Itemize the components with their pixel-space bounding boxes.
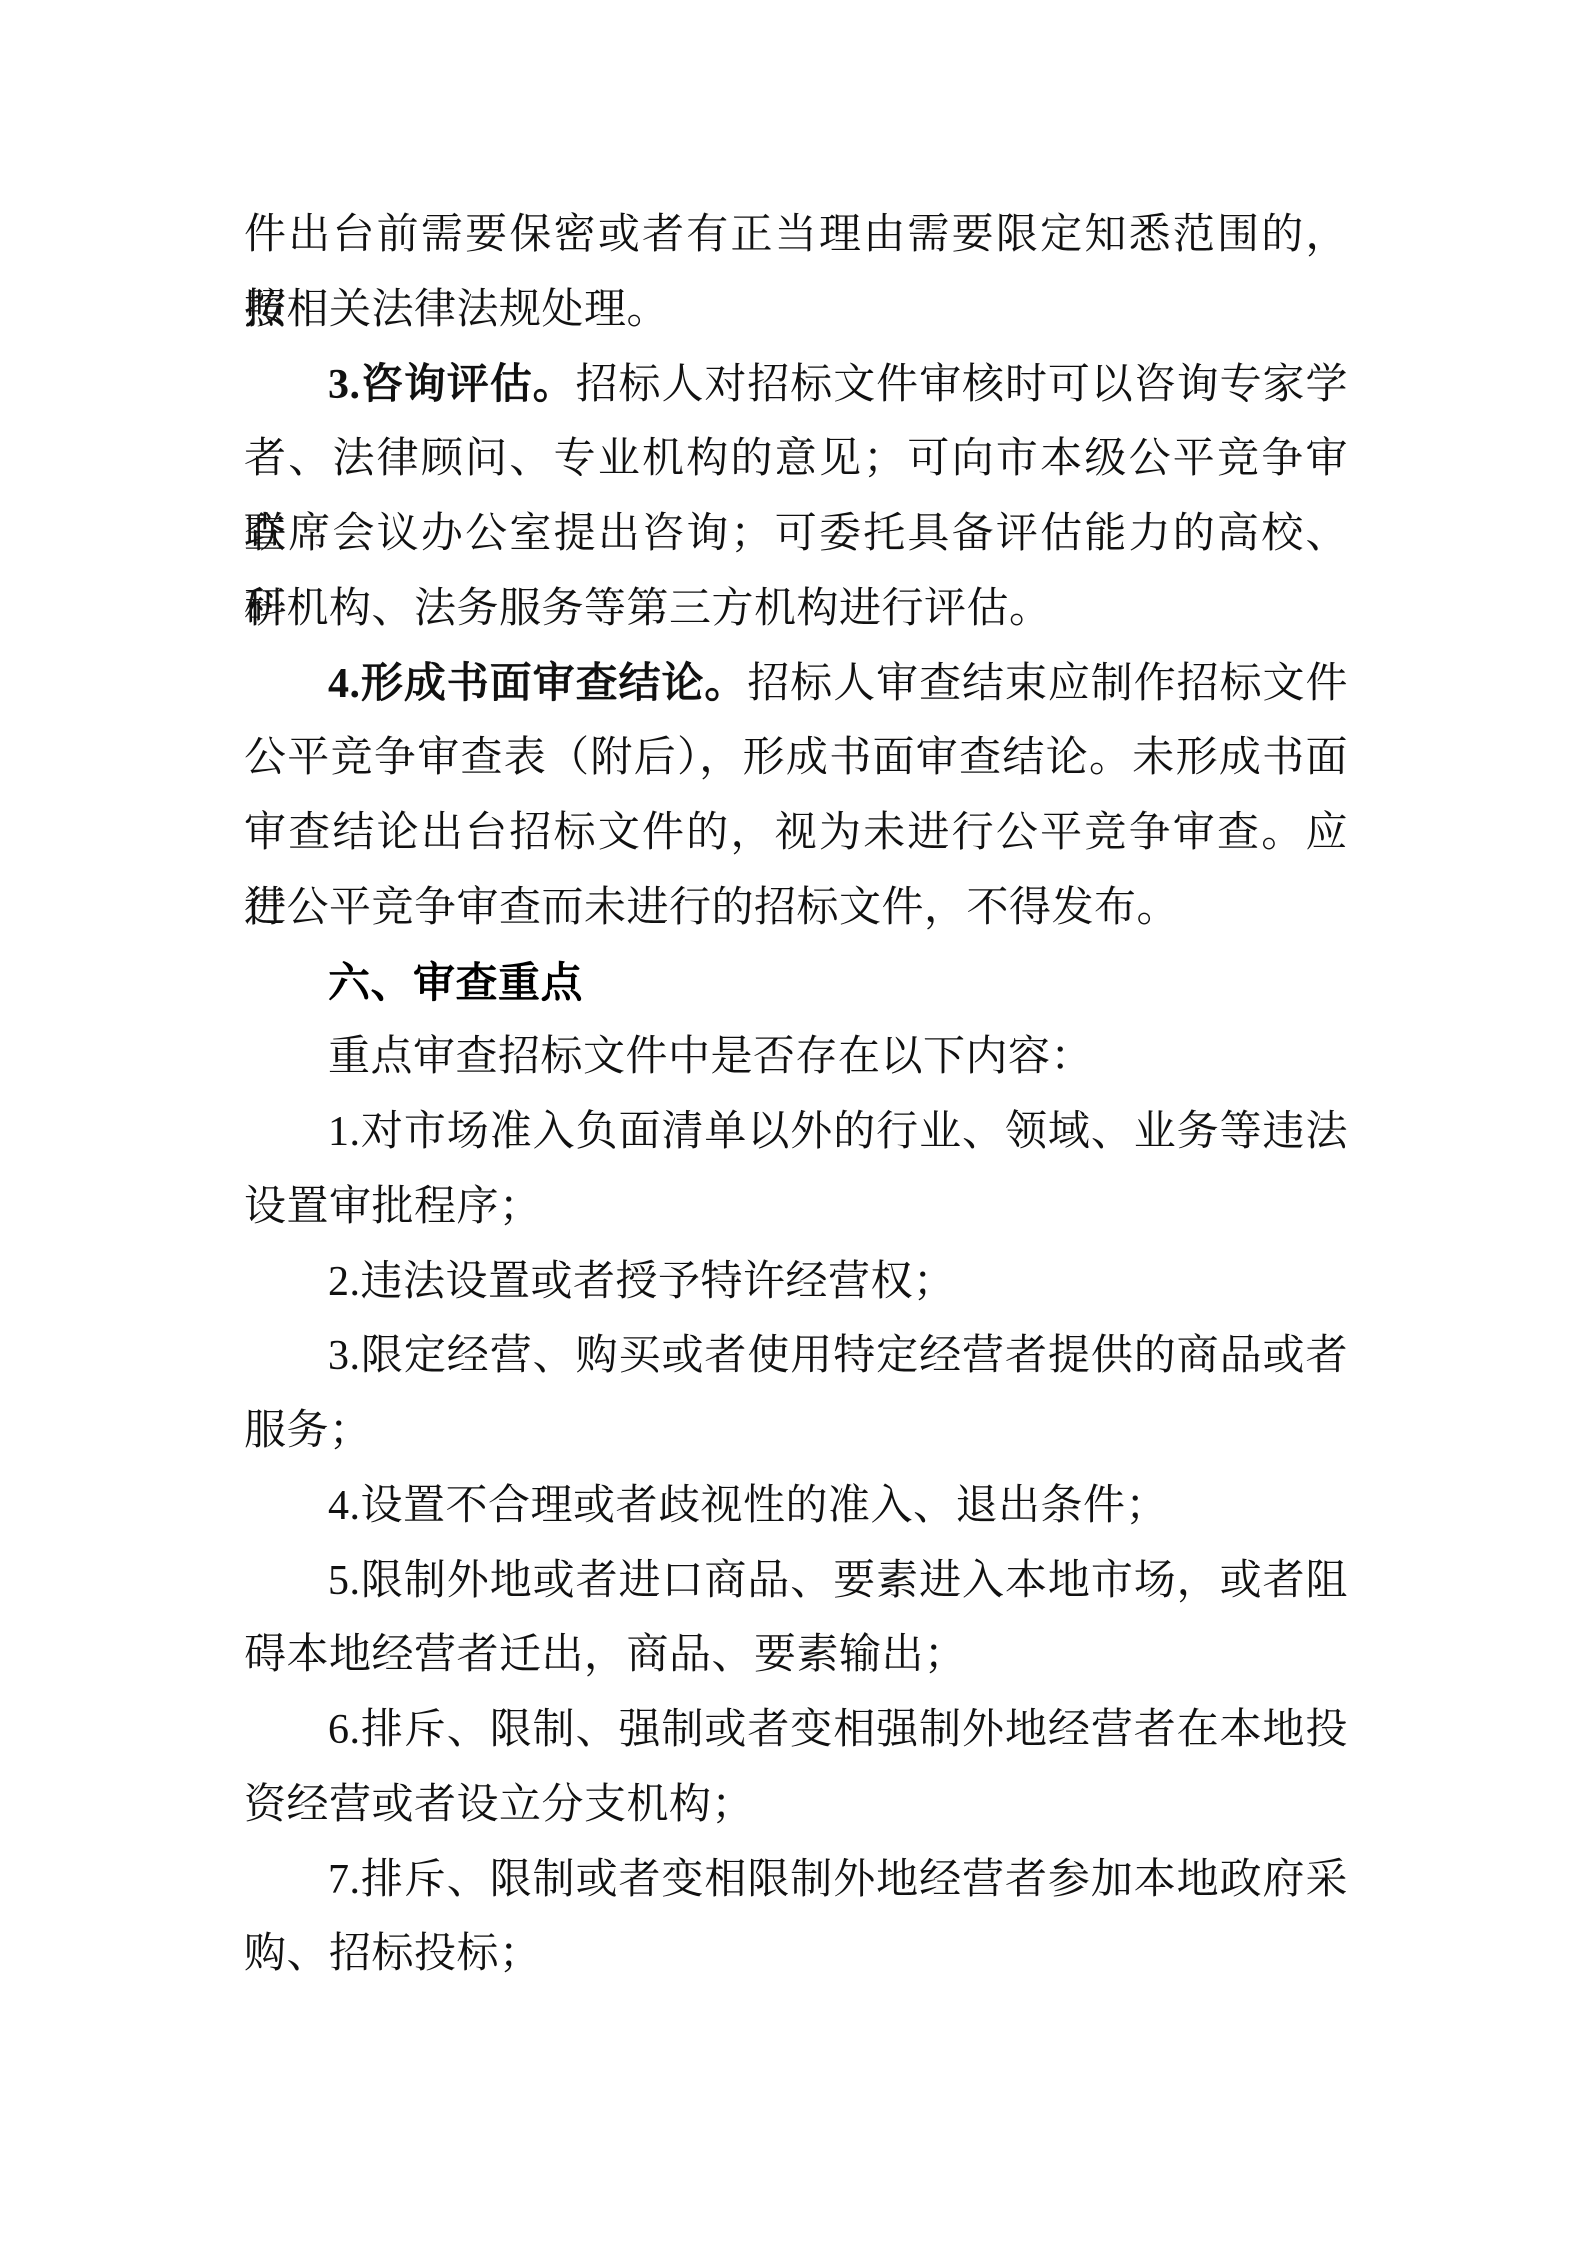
text-line: 购、招标投标；: [244, 1917, 1348, 1992]
text-line: 5.限制外地或者进口商品、要素进入本地市场，或者阻: [244, 1544, 1348, 1619]
text-line: 重点审查招标文件中是否存在以下内容：: [244, 1020, 1348, 1095]
text-line: 1.对市场准入负面清单以外的行业、领域、业务等违法: [244, 1095, 1348, 1170]
text-line: 服务；: [244, 1394, 1348, 1469]
text-line: 行公平竞争审查而未进行的招标文件，不得发布。: [244, 871, 1348, 946]
text-line: 3.限定经营、购买或者使用特定经营者提供的商品或者: [244, 1319, 1348, 1394]
text-line: 者、法律顾问、专业机构的意见；可向市本级公平竞争审查: [244, 422, 1348, 497]
text-line: 4.形成书面审查结论。招标人审查结束应制作招标文件: [244, 647, 1348, 722]
text-line: 4.设置不合理或者歧视性的准入、退出条件；: [244, 1469, 1348, 1544]
text-line: 件出台前需要保密或者有正当理由需要限定知悉范围的，按: [244, 198, 1348, 273]
text-line: 研机构、法务服务等第三方机构进行评估。: [244, 572, 1348, 647]
paragraph-lead: 3.咨询评估。: [328, 362, 576, 408]
text-line: 设置审批程序；: [244, 1170, 1348, 1245]
paragraph-lead: 4.形成书面审查结论。: [328, 661, 747, 707]
document-body: 件出台前需要保密或者有正当理由需要限定知悉范围的，按 照相关法律法规处理。 3.…: [244, 198, 1348, 1992]
text-line: 资经营或者设立分支机构；: [244, 1768, 1348, 1843]
paragraph-text: 招标人审查结束应制作招标文件: [747, 661, 1348, 707]
text-line: 7.排斥、限制或者变相限制外地经营者参加本地政府采: [244, 1843, 1348, 1918]
text-line: 照相关法律法规处理。: [244, 273, 1348, 348]
text-line: 6.排斥、限制、强制或者变相强制外地经营者在本地投: [244, 1693, 1348, 1768]
text-line: 审查结论出台招标文件的，视为未进行公平竞争审查。应进: [244, 796, 1348, 871]
text-line: 2.违法设置或者授予特许经营权；: [244, 1245, 1348, 1320]
document-page: 件出台前需要保密或者有正当理由需要限定知悉范围的，按 照相关法律法规处理。 3.…: [0, 0, 1587, 2245]
text-line: 碍本地经营者迁出，商品、要素输出；: [244, 1618, 1348, 1693]
text-line: 3.咨询评估。招标人对招标文件审核时可以咨询专家学: [244, 348, 1348, 423]
paragraph-text: 招标人对招标文件审核时可以咨询专家学: [576, 362, 1348, 408]
text-line: 联席会议办公室提出咨询；可委托具备评估能力的高校、科: [244, 497, 1348, 572]
text-line: 公平竞争审查表（附后），形成书面审查结论。未形成书面: [244, 721, 1348, 796]
section-heading: 六、审查重点: [244, 946, 1348, 1021]
